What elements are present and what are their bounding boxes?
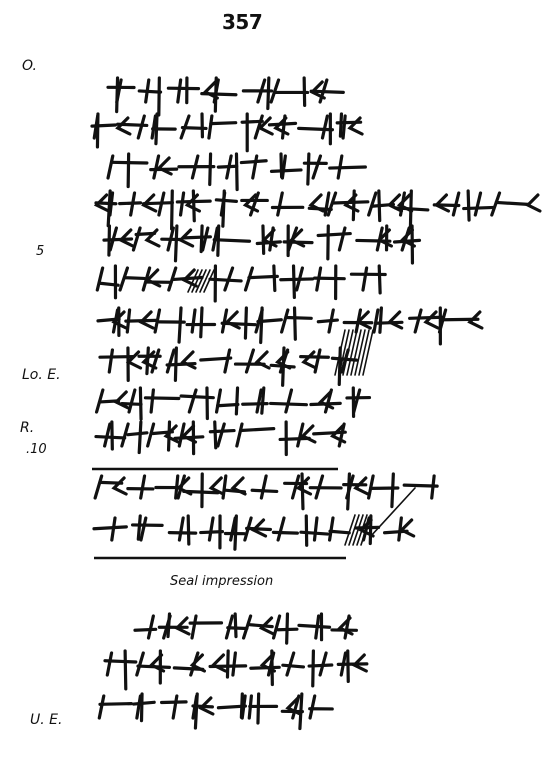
cuneiform-line <box>108 78 343 115</box>
cuneiform-line <box>96 191 540 229</box>
cuneiform-tablet-drawing <box>0 0 542 771</box>
cuneiform-line <box>99 694 332 729</box>
cuneiform-line <box>96 422 345 455</box>
cuneiform-line <box>105 651 367 689</box>
cuneiform-line <box>135 614 356 643</box>
cuneiform-line <box>97 388 370 419</box>
cuneiform-line <box>98 308 482 344</box>
cuneiform-line <box>92 114 362 151</box>
cuneiform-line <box>95 474 437 509</box>
cuneiform-line <box>97 266 385 301</box>
cuneiform-wedges <box>92 78 540 729</box>
cuneiform-line <box>108 154 365 190</box>
cuneiform-line <box>104 226 419 263</box>
cuneiform-line <box>100 348 356 385</box>
